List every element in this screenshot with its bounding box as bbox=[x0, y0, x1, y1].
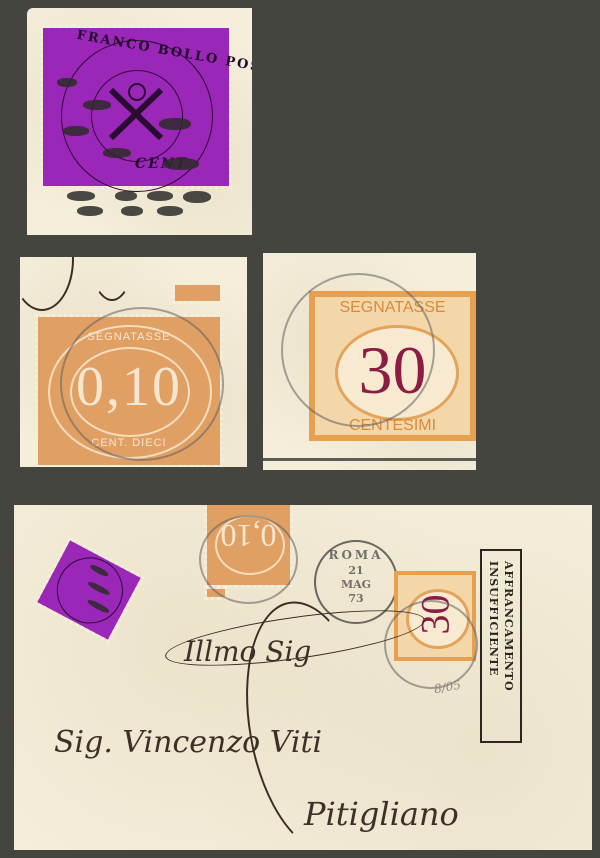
handstamp-line1: AFFRANCAMENTO bbox=[502, 561, 515, 692]
cancel-mark bbox=[183, 191, 211, 203]
postmark-day: 21 bbox=[316, 564, 396, 577]
roma-postmark bbox=[60, 307, 224, 461]
cancel-mark bbox=[157, 206, 183, 216]
cancel-mark bbox=[115, 191, 137, 201]
postmark-year: 73 bbox=[316, 592, 396, 605]
boxed-handstamp: AFFRANCAMENTO INSUFFICIENTE bbox=[480, 549, 522, 743]
cancel-mark bbox=[159, 118, 191, 130]
ink-pen-stroke bbox=[90, 257, 134, 301]
roma-postmark bbox=[281, 273, 435, 427]
full-cover: 0,10 ROMA 21 MAG 73 30 AFFRANCAMENTO INS… bbox=[14, 505, 592, 850]
address-line-3: Pitigliano bbox=[304, 795, 459, 833]
papal-stamp: FRANCO BOLLO POSTALE CENT bbox=[43, 28, 229, 186]
address-line-2: Sig. Vincenzo Viti bbox=[54, 725, 322, 760]
ink-line bbox=[263, 458, 476, 461]
postmark-city: ROMA bbox=[316, 548, 396, 562]
detail-panel-010-stamp: SEGNATASSE 0,10 CENT. DIECI bbox=[20, 257, 247, 467]
cancel-mark bbox=[57, 78, 77, 87]
cancel-mark bbox=[147, 191, 173, 201]
cancel-mark bbox=[121, 206, 143, 216]
detail-panel-30-stamp: SEGNATASSE 30 CENTESIMI bbox=[263, 253, 476, 470]
pencil-note: 8/05 bbox=[433, 678, 462, 696]
cancel-mark bbox=[77, 206, 103, 216]
cancel-mark bbox=[103, 148, 131, 158]
cancel-mark bbox=[83, 100, 111, 110]
crossed-keys-emblem-icon bbox=[101, 78, 173, 150]
seal-ring bbox=[45, 546, 134, 635]
handstamp-line2: INSUFFICIENTE bbox=[487, 561, 500, 676]
cancel-mark bbox=[67, 191, 95, 201]
cancel-mark bbox=[163, 158, 199, 170]
postmark-month: MAG bbox=[316, 578, 396, 591]
cancel-mark bbox=[63, 126, 89, 136]
address-line-1: Illmo Sig bbox=[184, 635, 311, 668]
roma-postmark bbox=[199, 515, 298, 604]
papal-stamp bbox=[37, 540, 140, 639]
detail-panel-papal-stamp: FRANCO BOLLO POSTALE CENT bbox=[27, 8, 252, 235]
due-stamp-010-adjacent bbox=[175, 285, 220, 301]
ink-pen-stroke bbox=[20, 257, 74, 311]
